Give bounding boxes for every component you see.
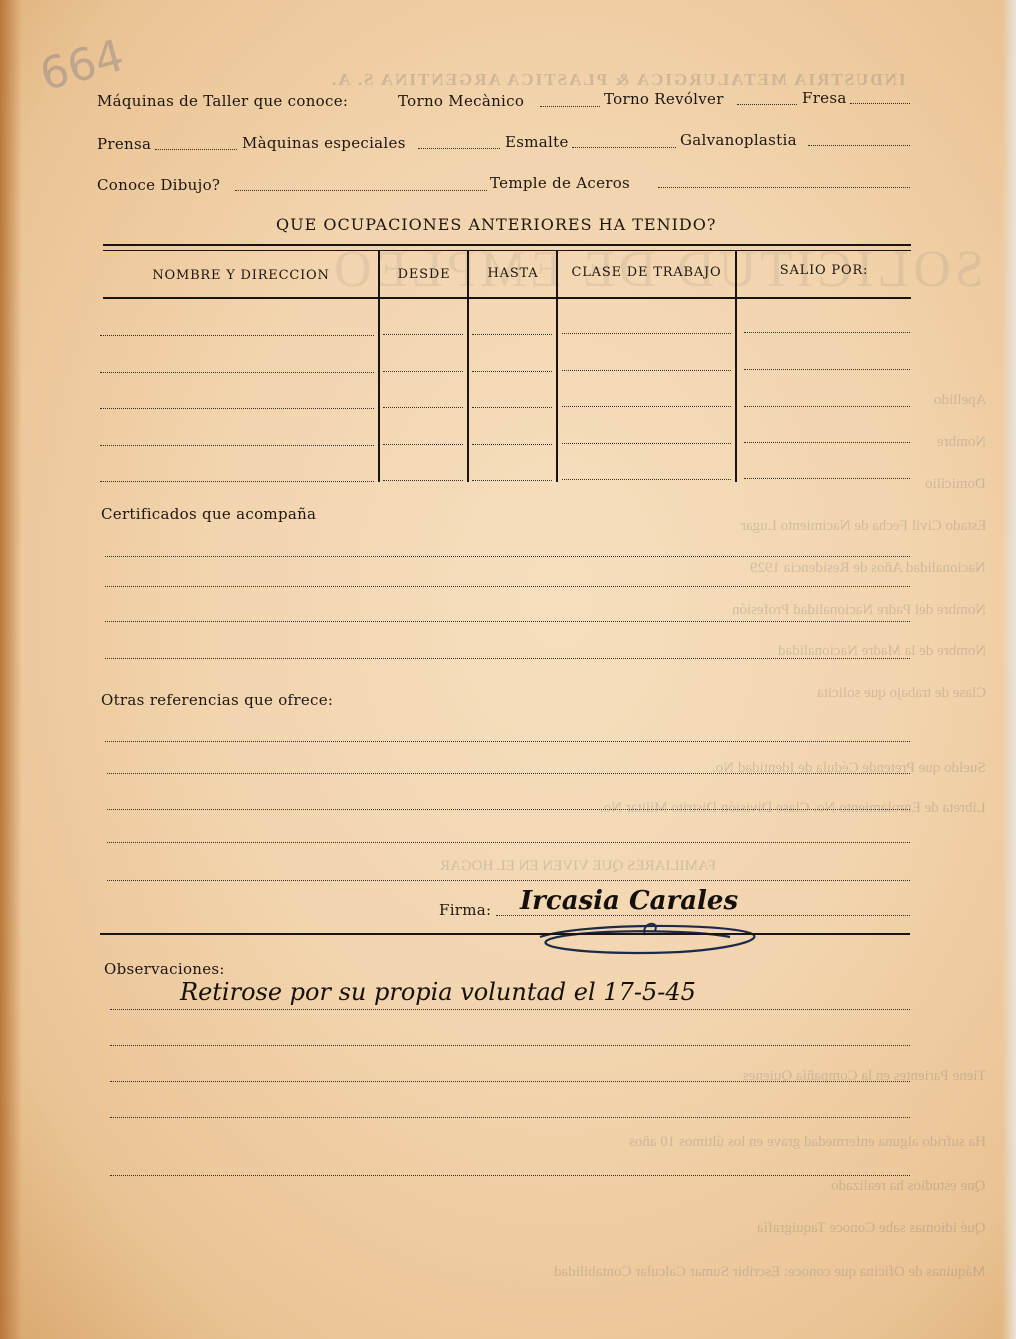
observaciones-line[interactable] (110, 1081, 910, 1082)
certificados-label: Certificados que acompaña (101, 505, 316, 523)
signature-flourish-icon (520, 915, 770, 965)
paper-edge-right (1002, 0, 1016, 1339)
observaciones-note: Retirose por su propia voluntad el 17-5-… (180, 978, 696, 1006)
bleed-through-field: Que estudios ha realizado (831, 1178, 986, 1195)
esmalte-field[interactable] (572, 147, 676, 148)
bleed-through-field: Nacionalidad Años de Residencia 1929 (750, 560, 986, 577)
torno-mecanico-field[interactable] (540, 106, 600, 107)
column-header-nombre: NOMBRE Y DIRECCION (104, 268, 378, 283)
cell-hasta[interactable] (472, 371, 552, 372)
fresa-label: Fresa (802, 89, 847, 107)
certificados-line[interactable] (105, 586, 910, 587)
maquinas-especiales-field[interactable] (418, 148, 500, 149)
maquinas-especiales-label: Màquinas especiales (242, 134, 406, 152)
cell-salio[interactable] (744, 442, 910, 443)
table-col-divider (735, 250, 737, 482)
bleed-through-field: Máquinas de Oficina que conoce: Escribir… (554, 1264, 986, 1281)
column-header-hasta: HASTA (469, 266, 557, 281)
prensa-label: Prensa (97, 135, 151, 153)
bleed-through-field: Ha sufrido alguna enfermedad grave en lo… (629, 1134, 986, 1151)
cell-clase[interactable] (562, 443, 731, 444)
table-top-rule (103, 244, 911, 246)
observaciones-line[interactable] (110, 1009, 910, 1010)
observaciones-line[interactable] (110, 1117, 910, 1118)
cell-hasta[interactable] (472, 444, 552, 445)
referencias-line[interactable] (105, 741, 910, 742)
esmalte-label: Esmalte (505, 133, 569, 151)
table-top-rule-thin (103, 250, 911, 251)
section-divider (100, 933, 910, 935)
bleed-through-header: INDUSTRIA METALURGICA & PLASTICA ARGENTI… (330, 70, 906, 90)
observaciones-label: Observaciones: (104, 960, 225, 978)
occupations-title: QUE OCUPACIONES ANTERIORES HA TENIDO? (276, 215, 716, 234)
galvanoplastia-field[interactable] (808, 145, 910, 146)
cell-clase[interactable] (562, 479, 731, 480)
cell-desde[interactable] (383, 407, 463, 408)
table-col-divider (378, 250, 380, 482)
torno-revolver-label: Torno Revólver (604, 90, 724, 108)
cell-clase[interactable] (562, 370, 731, 371)
bleed-through-field: Qué idiomas sabe Conoce Taquigrafía (757, 1220, 986, 1237)
torno-mecanico-label: Torno Mecànico (398, 92, 524, 110)
referencias-line[interactable] (107, 773, 910, 774)
cell-salio[interactable] (744, 406, 910, 407)
cell-hasta[interactable] (472, 407, 552, 408)
cell-desde[interactable] (383, 334, 463, 335)
bleed-through-field: Tiene Parientes en la Compañía Quienes (743, 1068, 986, 1085)
paper-edge-left (0, 0, 22, 1339)
pencil-annotation: 664 (35, 30, 129, 101)
cell-salio[interactable] (744, 369, 910, 370)
temple-aceros-field[interactable] (658, 187, 910, 188)
fresa-field[interactable] (850, 103, 910, 104)
bleed-through-field: Nombre del Padre Nacionalidad Profesión (732, 602, 986, 619)
table-col-divider (467, 250, 469, 482)
bleed-through-field: Estado Civil Fecha de Nacimiento Lugar (741, 518, 986, 535)
signature: Ircasia Carales (520, 886, 738, 916)
column-header-salio-por: SALIO POR: (737, 263, 911, 278)
cell-nombre[interactable] (100, 445, 374, 446)
certificados-line[interactable] (105, 658, 910, 659)
cell-desde[interactable] (383, 444, 463, 445)
observaciones-line[interactable] (110, 1175, 910, 1176)
referencias-line[interactable] (107, 880, 910, 881)
bleed-through-field: Apellido (934, 392, 987, 409)
cell-hasta[interactable] (472, 334, 552, 335)
temple-aceros-label: Temple de Aceros (490, 174, 630, 192)
cell-desde[interactable] (383, 371, 463, 372)
bleed-through-field: Clase de trabajo que solicita (817, 685, 986, 702)
maquinas-taller-label: Máquinas de Taller que conoce: (97, 92, 348, 110)
galvanoplastia-label: Galvanoplastia (680, 131, 797, 149)
firma-label: Firma: (439, 901, 491, 919)
column-header-clase-trabajo: CLASE DE TRABAJO (558, 265, 735, 280)
bleed-through-field: FAMILIARES QUE VIVEN EN EL HOGAR (440, 858, 716, 875)
cell-nombre[interactable] (100, 372, 374, 373)
table-header-rule (103, 297, 911, 299)
certificados-line[interactable] (105, 556, 910, 557)
certificados-line[interactable] (105, 621, 910, 622)
observaciones-line[interactable] (110, 1045, 910, 1046)
bleed-through-field: Domicilio (925, 476, 986, 493)
conoce-dibujo-field[interactable] (235, 190, 487, 191)
cell-nombre[interactable] (100, 335, 374, 336)
bleed-through-field: Nombre (937, 434, 986, 451)
otras-referencias-label: Otras referencias que ofrece: (101, 691, 333, 709)
torno-revolver-field[interactable] (737, 104, 797, 105)
referencias-line[interactable] (107, 842, 910, 843)
cell-salio[interactable] (744, 332, 910, 333)
cell-hasta[interactable] (472, 480, 552, 481)
referencias-line[interactable] (107, 809, 910, 810)
cell-nombre[interactable] (100, 408, 374, 409)
cell-salio[interactable] (744, 478, 910, 479)
cell-desde[interactable] (383, 480, 463, 481)
bleed-through-field: Sueldo que Pretende Cédula de Identidad … (712, 760, 986, 777)
cell-clase[interactable] (562, 406, 731, 407)
cell-clase[interactable] (562, 333, 731, 334)
conoce-dibujo-label: Conoce Dibujo? (97, 176, 220, 194)
column-header-desde: DESDE (380, 267, 468, 282)
cell-nombre[interactable] (100, 481, 374, 482)
table-col-divider (556, 250, 558, 482)
prensa-field[interactable] (155, 149, 237, 150)
